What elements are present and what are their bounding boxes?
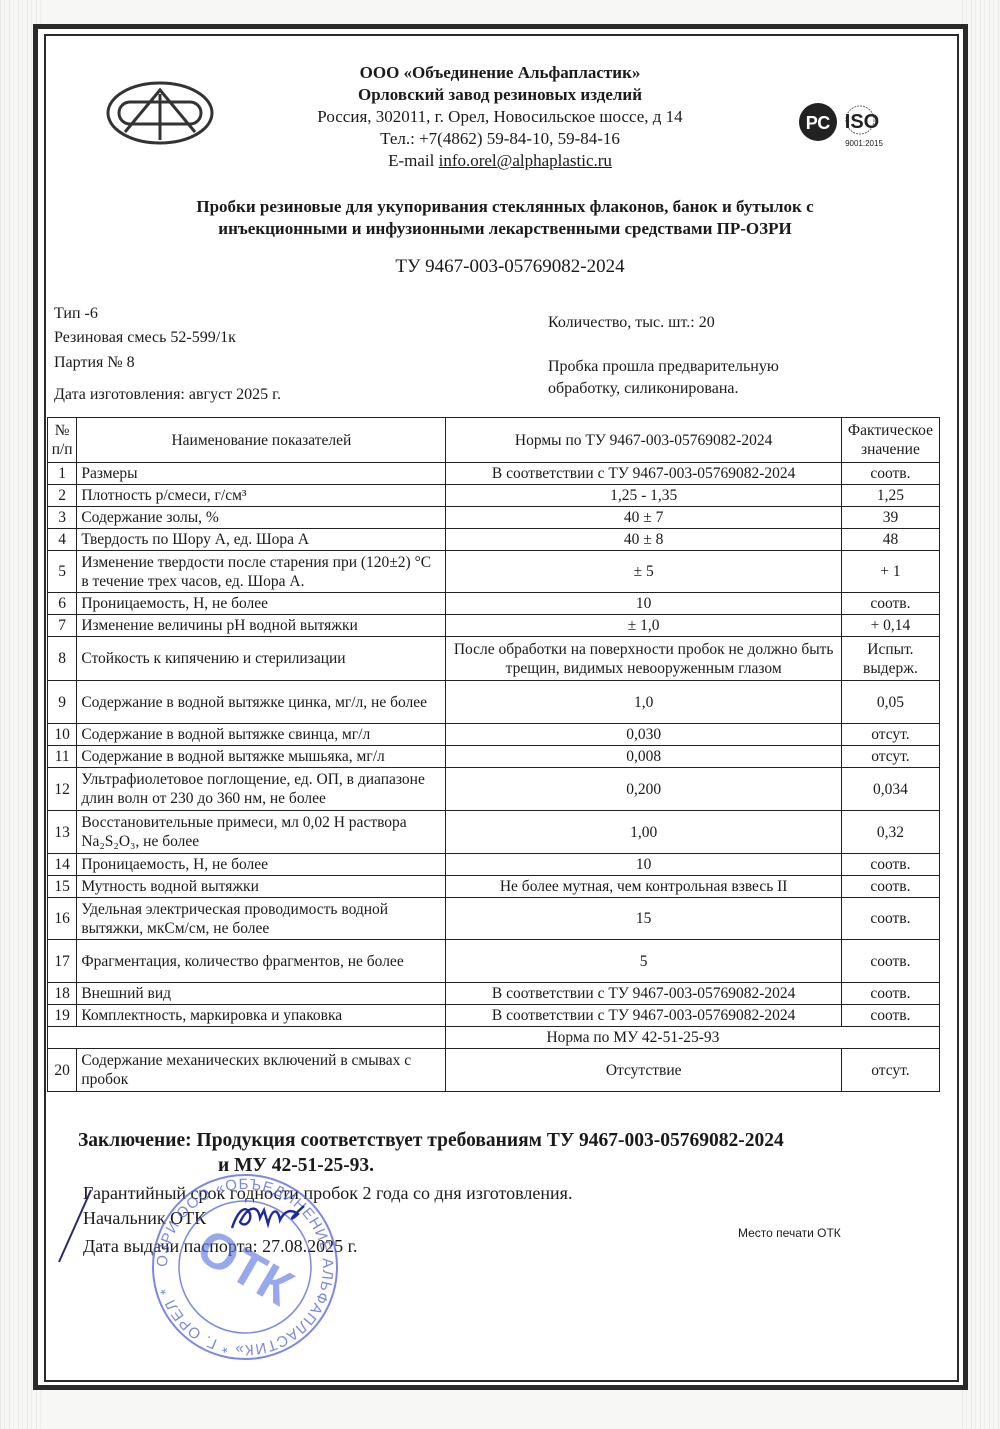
row-norm: Не более мутная, чем контрольная взвесь …: [446, 876, 841, 898]
row-norm: 1,25 - 1,35: [446, 485, 841, 507]
table-row: 4Твердость по Шору А, ед. Шора А40 ± 848: [48, 529, 940, 551]
row-num: 2: [48, 485, 77, 507]
table-row: 11Содержание в водной вытяжке мышьяка, м…: [48, 746, 940, 768]
table-row: 16Удельная электрическая проводимость во…: [48, 898, 940, 940]
rubber-mix: Резиновая смесь 52-599/1к: [54, 329, 236, 347]
table-row: 20Содержание механических включений в см…: [48, 1049, 940, 1092]
row-fact: соотв.: [841, 983, 939, 1005]
row-fact: отсут.: [841, 1049, 939, 1092]
row-fact: 0,034: [841, 768, 939, 811]
row-num: 13: [48, 811, 77, 854]
signature-stroke-icon: [55, 1186, 95, 1266]
company-address: Россия, 302011, г. Орел, Новосильское шо…: [250, 106, 750, 128]
row-num: 16: [48, 898, 77, 940]
section-note-row: Норма по МУ 42-51-25-93: [48, 1027, 940, 1049]
document-title: Пробки резиновые для укупоривания стекля…: [120, 196, 890, 240]
table-row: 17Фрагментация, количество фрагментов, н…: [48, 940, 940, 983]
row-fact: 1,25: [841, 485, 939, 507]
row-num: 12: [48, 768, 77, 811]
row-num: 15: [48, 876, 77, 898]
row-num: 3: [48, 507, 77, 529]
tu-code: ТУ 9467-003-05769082-2024: [300, 256, 720, 278]
row-norm: 15: [446, 898, 841, 940]
company-header: ООО «Объединение Альфапластик» Орловский…: [250, 62, 750, 172]
row-fact: отсут.: [841, 724, 939, 746]
row-name: Плотность р/смеси, г/см³: [77, 485, 446, 507]
row-fact: + 1: [841, 551, 939, 593]
row-name: Стойкость к кипячению и стерилизации: [77, 637, 446, 681]
row-fact: 39: [841, 507, 939, 529]
table-row: 7Изменение величины pH водной вытяжки± 1…: [48, 615, 940, 637]
table-row: 1РазмерыВ соответствии с ТУ 9467-003-057…: [48, 463, 940, 485]
table-row: 13Восстановительные примеси, мл 0,02 Н р…: [48, 811, 940, 854]
stamp-place-label: Место печати ОТК: [738, 1226, 841, 1240]
row-fact: соотв.: [841, 854, 939, 876]
table-row: 3Содержание золы, %40 ± 739: [48, 507, 940, 529]
row-num: 17: [48, 940, 77, 983]
row-name: Содержание золы, %: [77, 507, 446, 529]
conclusion: Заключение: Продукция соответствует треб…: [78, 1128, 898, 1178]
row-norm: 5: [446, 940, 841, 983]
table-row: 14Проницаемость, Н, не более10соотв.: [48, 854, 940, 876]
row-norm: 10: [446, 593, 841, 615]
row-name: Содержание в водной вытяжке мышьяка, мг/…: [77, 746, 446, 768]
email-link[interactable]: info.orel@alphaplastic.ru: [439, 151, 612, 170]
table-row: 10Содержание в водной вытяжке свинца, мг…: [48, 724, 940, 746]
row-fact: + 0,14: [841, 615, 939, 637]
row-name: Проницаемость, Н, не более: [77, 854, 446, 876]
row-num: 8: [48, 637, 77, 681]
row-norm: 0,008: [446, 746, 841, 768]
row-fact: соотв.: [841, 940, 939, 983]
row-fact: 0,05: [841, 681, 939, 724]
row-fact: соотв.: [841, 898, 939, 940]
rc-mark-text: РС: [806, 113, 831, 133]
table-row: 9Содержание в водной вытяжке цинка, мг/л…: [48, 681, 940, 724]
pc-iso-certification-icon: РС ISO 9001:2015: [796, 98, 906, 154]
batch-number: Партия № 8: [54, 354, 135, 372]
row-fact: соотв.: [841, 463, 939, 485]
row-name: Восстановительные примеси, мл 0,02 Н рас…: [77, 811, 446, 854]
signature-icon: [228, 1200, 308, 1232]
iso-standard-text: 9001:2015: [845, 139, 883, 148]
row-name: Проницаемость, Н, не более: [77, 593, 446, 615]
row-name: Удельная электрическая проводимость водн…: [77, 898, 446, 940]
table-row: 19Комплектность, маркировка и упаковкаВ …: [48, 1005, 940, 1027]
row-fact: 0,32: [841, 811, 939, 854]
row-num: 20: [48, 1049, 77, 1092]
row-name: Мутность водной вытяжки: [77, 876, 446, 898]
treatment-note-line1: Пробка прошла предварительную: [548, 358, 779, 376]
row-fact: соотв.: [841, 876, 939, 898]
row-fact: соотв.: [841, 1005, 939, 1027]
row-fact: отсут.: [841, 746, 939, 768]
table-row: 2Плотность р/смеси, г/см³1,25 - 1,351,25: [48, 485, 940, 507]
table-row: 6Проницаемость, Н, не более10соотв.: [48, 593, 940, 615]
row-norm: ± 1,0: [446, 615, 841, 637]
company-email-line: E-mail info.orel@alphaplastic.ru: [250, 150, 750, 172]
row-name: Твердость по Шору А, ед. Шора А: [77, 529, 446, 551]
section-note: Норма по МУ 42-51-25-93: [446, 1027, 940, 1049]
row-norm: 40 ± 8: [446, 529, 841, 551]
row-norm: 1,0: [446, 681, 841, 724]
company-name: ООО «Объединение Альфапластик»: [250, 62, 750, 84]
row-norm: ± 5: [446, 551, 841, 593]
row-norm: 1,00: [446, 811, 841, 854]
row-num: 18: [48, 983, 77, 1005]
header-fact: Фактическое значение: [841, 418, 939, 463]
row-num: 11: [48, 746, 77, 768]
row-norm: 0,200: [446, 768, 841, 811]
row-norm: 10: [446, 854, 841, 876]
row-norm: В соответствии с ТУ 9467-003-05769082-20…: [446, 463, 841, 485]
row-norm: 0,030: [446, 724, 841, 746]
product-type: Тип -6: [54, 305, 98, 323]
specification-table: № п/п Наименование показателей Нормы по …: [47, 417, 940, 1092]
header-norm: Нормы по ТУ 9467-003-05769082-2024: [446, 418, 841, 463]
row-num: 19: [48, 1005, 77, 1027]
row-num: 4: [48, 529, 77, 551]
header-name: Наименование показателей: [77, 418, 446, 463]
row-name: Внешний вид: [77, 983, 446, 1005]
row-name: Размеры: [77, 463, 446, 485]
table-row: 12Ультрафиолетовое поглощение, ед. ОП, в…: [48, 768, 940, 811]
row-name: Содержание в водной вытяжке свинца, мг/л: [77, 724, 446, 746]
row-norm: 40 ± 7: [446, 507, 841, 529]
row-name: Фрагментация, количество фрагментов, не …: [77, 940, 446, 983]
row-name: Ультрафиолетовое поглощение, ед. ОП, в д…: [77, 768, 446, 811]
alphaplastic-logo-icon: [105, 80, 215, 146]
row-norm: В соответствии с ТУ 9467-003-05769082-20…: [446, 983, 841, 1005]
table-row: 18Внешний видВ соответствии с ТУ 9467-00…: [48, 983, 940, 1005]
row-num: 10: [48, 724, 77, 746]
quantity: Количество, тыс. шт.: 20: [548, 314, 715, 332]
table-row: 8Стойкость к кипячению и стерилизацииПос…: [48, 637, 940, 681]
company-phone: Тел.: +7(4862) 59-84-10, 59-84-16: [250, 128, 750, 150]
row-num: 5: [48, 551, 77, 593]
row-norm: После обработки на поверхности пробок не…: [446, 637, 841, 681]
row-norm: В соответствии с ТУ 9467-003-05769082-20…: [446, 1005, 841, 1027]
row-fact: Испыт. выдерж.: [841, 637, 939, 681]
row-name: Изменение величины pH водной вытяжки: [77, 615, 446, 637]
section-note-spacer: [48, 1027, 446, 1049]
plant-name: Орловский завод резиновых изделий: [250, 84, 750, 106]
conclusion-line1: Заключение: Продукция соответствует треб…: [78, 1128, 898, 1153]
row-num: 6: [48, 593, 77, 615]
header-num: № п/п: [48, 418, 77, 463]
row-norm: Отсутствие: [446, 1049, 841, 1092]
table-header-row: № п/п Наименование показателей Нормы по …: [48, 418, 940, 463]
table-row: 5Изменение твердости после старения при …: [48, 551, 940, 593]
row-name: Содержание механических включений в смыв…: [77, 1049, 446, 1092]
table-row: 15Мутность водной вытяжкиНе более мутная…: [48, 876, 940, 898]
row-num: 9: [48, 681, 77, 724]
row-name: Комплектность, маркировка и упаковка: [77, 1005, 446, 1027]
document-title-line2: инъекционными и инфузионными лекарственн…: [120, 218, 890, 240]
document-title-line1: Пробки резиновые для укупоривания стекля…: [120, 196, 890, 218]
table-body: 1РазмерыВ соответствии с ТУ 9467-003-057…: [48, 463, 940, 1092]
manufacture-date: Дата изготовления: август 2025 г.: [54, 386, 281, 404]
row-name: Содержание в водной вытяжке цинка, мг/л,…: [77, 681, 446, 724]
iso-mark-text: ISO: [845, 111, 879, 133]
treatment-note-line2: обработку, силиконирована.: [548, 380, 739, 398]
row-num: 1: [48, 463, 77, 485]
row-fact: соотв.: [841, 593, 939, 615]
row-fact: 48: [841, 529, 939, 551]
stamp-center-text: ОТК: [188, 1218, 303, 1317]
row-name: Изменение твердости после старения при (…: [77, 551, 446, 593]
row-num: 14: [48, 854, 77, 876]
row-num: 7: [48, 615, 77, 637]
email-label: E-mail: [388, 151, 439, 170]
